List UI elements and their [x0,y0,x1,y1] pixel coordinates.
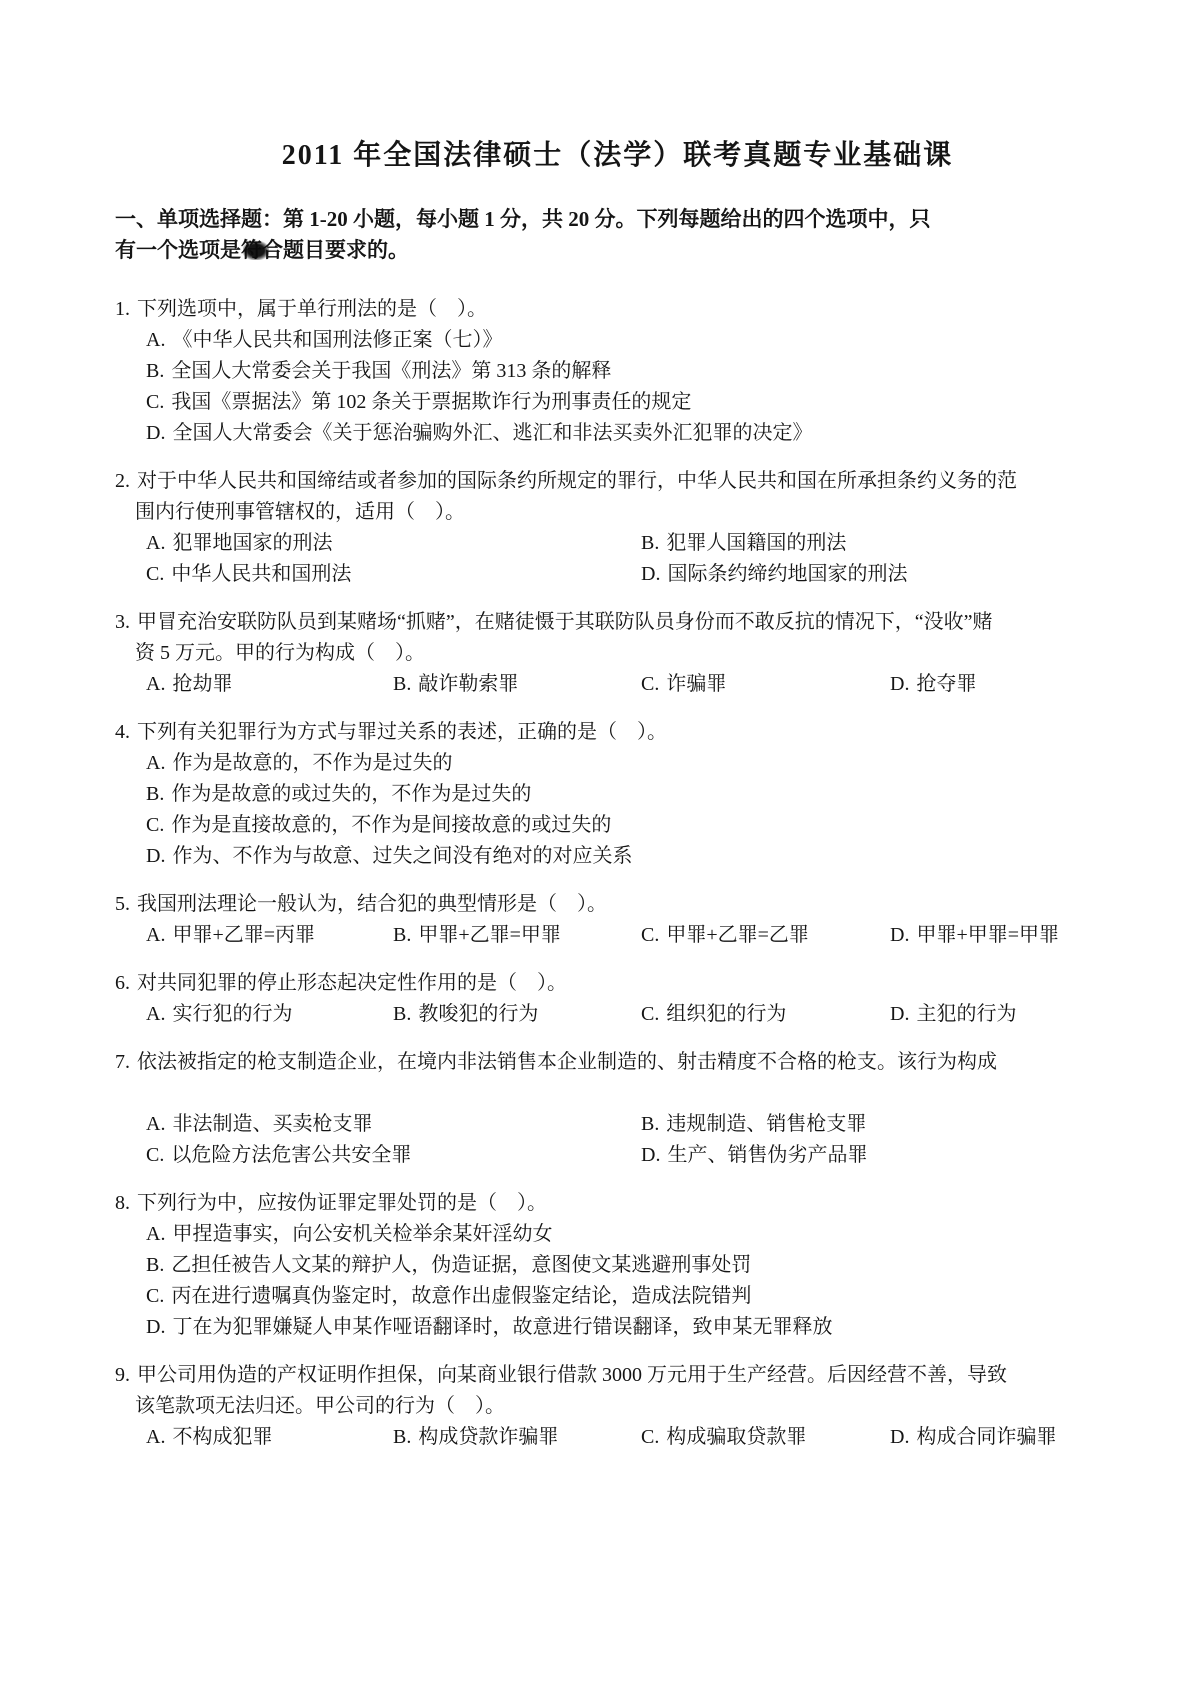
option-c: C.构成骗取贷款罪 [641,1422,890,1453]
question-text-continued: 资 5 万元。甲的行为构成（ ）。 [115,638,1120,669]
question-stem: 甲冒充治安联防队员到某赌场“抓赌”，在赌徒慑于其联防队员身份而不敢反抗的情况下，… [137,611,993,633]
question-text: 3.甲冒充治安联防队员到某赌场“抓赌”，在赌徒慑于其联防队员身份而不敢反抗的情况… [115,607,1120,638]
question-stem: 下列行为中，应按伪证罪定罪处罚的是（ ）。 [137,1192,547,1214]
question-text: 1.下列选项中，属于单行刑法的是（ ）。 [115,294,1120,325]
option-b: B.构成贷款诈骗罪 [393,1422,641,1453]
options-list: A.实行犯的行为 B.教唆犯的行为 C.组织犯的行为 D.主犯的行为 [146,999,1120,1030]
question-9: 9.甲公司用伪造的产权证明作担保，向某商业银行借款 3000 万元用于生产经营。… [115,1360,1120,1453]
option-text: 作为是故意的，不作为是过失的 [172,752,452,774]
option-text: 乙担任被告人文某的辩护人，伪造证据，意图使文某逃避刑事处罚 [171,1254,751,1276]
option-text: 生产、销售伪劣产品罪 [667,1144,867,1166]
option-c: C.中华人民共和国刑法 [146,559,641,590]
option-text: 构成合同诈骗罪 [916,1426,1056,1448]
options-list: A.犯罪地国家的刑法 B.犯罪人国籍国的刑法 C.中华人民共和国刑法 D.国际条… [146,528,1120,590]
option-text: 构成贷款诈骗罪 [418,1426,558,1448]
question-text: 9.甲公司用伪造的产权证明作担保，向某商业银行借款 3000 万元用于生产经营。… [115,1360,1120,1391]
option-b: B.犯罪人国籍国的刑法 [641,528,1120,559]
option-text: 以危险方法危害公共安全罪 [171,1144,411,1166]
option-label: C. [146,563,164,585]
option-d: D.抢夺罪 [890,669,1120,700]
option-label: D. [890,1426,909,1448]
option-text: 甲罪+乙罪=丙罪 [172,924,315,946]
option-label: A. [146,1003,165,1025]
option-d: D.甲罪+甲罪=甲罪 [890,920,1120,951]
option-text: 实行犯的行为 [172,1003,292,1025]
option-label: C. [641,1003,659,1025]
options-list: A.抢劫罪 B.敲诈勒索罪 C.诈骗罪 D.抢夺罪 [146,669,1120,700]
option-a: A.作为是故意的，不作为是过失的 [146,748,1120,779]
option-text: 教唆犯的行为 [418,1003,538,1025]
option-a: A.《中华人民共和国刑法修正案（七）》 [146,325,1120,356]
question-text: 7.依法被指定的枪支制造企业，在境内非法销售本企业制造的、射击精度不合格的枪支。… [115,1047,1120,1078]
option-b: B.敲诈勒索罪 [393,669,641,700]
option-label: A. [146,1426,165,1448]
option-text: 甲罪+乙罪=乙罪 [666,924,809,946]
option-label: D. [146,422,165,444]
option-text: 作为是故意的或过失的，不作为是过失的 [171,783,531,805]
question-number: 9. [115,1364,130,1386]
option-a: A.不构成犯罪 [146,1422,393,1453]
option-text: 作为是直接故意的，不作为是间接故意的或过失的 [171,814,611,836]
question-text: 2.对于中华人民共和国缔结或者参加的国际条约所规定的罪行，中华人民共和国在所承担… [115,466,1120,497]
option-c: C.作为是直接故意的，不作为是间接故意的或过失的 [146,810,1120,841]
options-list: A.甲罪+乙罪=丙罪 B.甲罪+乙罪=甲罪 C.甲罪+乙罪=乙罪 D.甲罪+甲罪… [146,920,1120,951]
option-label: A. [146,924,165,946]
option-label: B. [393,673,411,695]
question-text: 4.下列有关犯罪行为方式与罪过关系的表述，正确的是（ ）。 [115,717,1120,748]
question-number: 6. [115,972,130,994]
question-stem: 对共同犯罪的停止形态起决定性作用的是（ ）。 [137,972,567,994]
option-label: C. [146,1144,164,1166]
option-a: A.犯罪地国家的刑法 [146,528,641,559]
question-number: 3. [115,611,130,633]
option-c: C.我国《票据法》第 102 条关于票据欺诈行为刑事责任的规定 [146,387,1120,418]
option-text: 不构成犯罪 [172,1426,272,1448]
option-text: 违规制造、销售枪支罪 [666,1113,866,1135]
question-text-continued: 围内行使刑事管辖权的，适用（ ）。 [115,497,1120,528]
option-label: C. [641,1426,659,1448]
option-d: D.生产、销售伪劣产品罪 [641,1140,1120,1171]
option-text: 丁在为犯罪嫌疑人申某作哑语翻译时，故意进行错误翻译，致申某无罪释放 [172,1316,832,1338]
question-number: 2. [115,470,130,492]
option-label: B. [641,1113,659,1135]
option-d: D.全国人大常委会《关于惩治骗购外汇、逃汇和非法买卖外汇犯罪的决定》 [146,418,1120,449]
question-stem: 下列选项中，属于单行刑法的是（ ）。 [137,298,487,320]
option-b: B.全国人大常委会关于我国《刑法》第 313 条的解释 [146,356,1120,387]
option-b: B.作为是故意的或过失的，不作为是过失的 [146,779,1120,810]
option-text: 构成骗取贷款罪 [666,1426,806,1448]
option-label: C. [146,391,164,413]
options-list: A.作为是故意的，不作为是过失的 B.作为是故意的或过失的，不作为是过失的 C.… [146,748,1120,872]
option-text: 犯罪人国籍国的刑法 [666,532,846,554]
option-b: B.违规制造、销售枪支罪 [641,1109,1120,1140]
option-label: B. [393,924,411,946]
question-1: 1.下列选项中，属于单行刑法的是（ ）。 A.《中华人民共和国刑法修正案（七）》… [115,294,1120,449]
question-text: 5.我国刑法理论一般认为，结合犯的典型情形是（ ）。 [115,889,1120,920]
option-d: D.构成合同诈骗罪 [890,1422,1120,1453]
exam-page: 2011 年全国法律硕士（法学）联考真题专业基础课 一、单项选择题：第 1-20… [0,138,1190,1453]
option-a: A.实行犯的行为 [146,999,393,1030]
option-d: D.丁在为犯罪嫌疑人申某作哑语翻译时，故意进行错误翻译，致申某无罪释放 [146,1312,1120,1343]
page-title: 2011 年全国法律硕士（法学）联考真题专业基础课 [115,138,1120,174]
option-text: 丙在进行遗嘱真伪鉴定时，故意作出虚假鉴定结论，造成法院错判 [171,1285,751,1307]
option-text: 甲罪+乙罪=甲罪 [418,924,561,946]
question-stem: 对于中华人民共和国缔结或者参加的国际条约所规定的罪行，中华人民共和国在所承担条约… [137,470,1017,492]
option-label: A. [146,1113,165,1135]
option-text: 抢劫罪 [172,673,232,695]
question-number: 1. [115,298,130,320]
options-list: A.不构成犯罪 B.构成贷款诈骗罪 C.构成骗取贷款罪 D.构成合同诈骗罪 [146,1422,1120,1453]
option-a: A.甲捏造事实，向公安机关检举余某奸淫幼女 [146,1219,1120,1250]
option-text: 《中华人民共和国刑法修正案（七）》 [172,329,502,351]
option-label: C. [641,924,659,946]
option-label: B. [146,1254,164,1276]
option-a: A.非法制造、买卖枪支罪 [146,1109,641,1140]
option-label: B. [393,1003,411,1025]
question-number: 4. [115,721,130,743]
option-c: C.以危险方法危害公共安全罪 [146,1140,641,1171]
option-d: D.主犯的行为 [890,999,1120,1030]
option-label: A. [146,532,165,554]
option-text: 主犯的行为 [916,1003,1016,1025]
option-label: D. [890,1003,909,1025]
question-7: 7.依法被指定的枪支制造企业，在境内非法销售本企业制造的、射击精度不合格的枪支。… [115,1047,1120,1171]
option-label: A. [146,329,165,351]
question-4: 4.下列有关犯罪行为方式与罪过关系的表述，正确的是（ ）。 A.作为是故意的，不… [115,717,1120,872]
option-d: D.国际条约缔约地国家的刑法 [641,559,1120,590]
option-c: C.组织犯的行为 [641,999,890,1030]
question-number: 8. [115,1192,130,1214]
option-a: A.抢劫罪 [146,669,393,700]
question-5: 5.我国刑法理论一般认为，结合犯的典型情形是（ ）。 A.甲罪+乙罪=丙罪 B.… [115,889,1120,951]
section-heading: 一、单项选择题：第 1-20 小题，每小题 1 分，共 20 分。下列每题给出的… [115,204,1120,266]
option-label: D. [890,924,909,946]
option-label: B. [641,532,659,554]
option-b: B.甲罪+乙罪=甲罪 [393,920,641,951]
options-list: A.《中华人民共和国刑法修正案（七）》 B.全国人大常委会关于我国《刑法》第 3… [146,325,1120,449]
option-text: 非法制造、买卖枪支罪 [172,1113,372,1135]
question-text: 8.下列行为中，应按伪证罪定罪处罚的是（ ）。 [115,1188,1120,1219]
question-2: 2.对于中华人民共和国缔结或者参加的国际条约所规定的罪行，中华人民共和国在所承担… [115,466,1120,590]
option-label: D. [890,673,909,695]
options-list: A.非法制造、买卖枪支罪 B.违规制造、销售枪支罪 C.以危险方法危害公共安全罪… [146,1109,1120,1171]
option-label: C. [146,1285,164,1307]
question-number: 5. [115,893,130,915]
option-text: 全国人大常委会《关于惩治骗购外汇、逃汇和非法买卖外汇犯罪的决定》 [172,422,812,444]
option-label: D. [146,845,165,867]
option-text: 抢夺罪 [916,673,976,695]
option-b: B.乙担任被告人文某的辩护人，伪造证据，意图使文某逃避刑事处罚 [146,1250,1120,1281]
option-text: 甲捏造事实，向公安机关检举余某奸淫幼女 [172,1223,552,1245]
option-label: C. [146,814,164,836]
option-text: 作为、不作为与故意、过失之间没有绝对的对应关系 [172,845,632,867]
option-b: B.教唆犯的行为 [393,999,641,1030]
option-label: A. [146,673,165,695]
option-text: 中华人民共和国刑法 [171,563,351,585]
option-c: C.诈骗罪 [641,669,890,700]
section-heading-line: 有一个选项是符合题目要求的。 [115,235,1120,266]
option-c: C.丙在进行遗嘱真伪鉴定时，故意作出虚假鉴定结论，造成法院错判 [146,1281,1120,1312]
option-text: 国际条约缔约地国家的刑法 [667,563,907,585]
question-3: 3.甲冒充治安联防队员到某赌场“抓赌”，在赌徒慑于其联防队员身份而不敢反抗的情况… [115,607,1120,700]
option-label: D. [146,1316,165,1338]
option-label: C. [641,673,659,695]
question-6: 6.对共同犯罪的停止形态起决定性作用的是（ ）。 A.实行犯的行为 B.教唆犯的… [115,968,1120,1030]
option-label: A. [146,1223,165,1245]
options-list: A.甲捏造事实，向公安机关检举余某奸淫幼女 B.乙担任被告人文某的辩护人，伪造证… [146,1219,1120,1343]
option-text: 犯罪地国家的刑法 [172,532,332,554]
question-number: 7. [115,1051,130,1073]
question-stem: 我国刑法理论一般认为，结合犯的典型情形是（ ）。 [137,893,607,915]
question-text: 6.对共同犯罪的停止形态起决定性作用的是（ ）。 [115,968,1120,999]
option-text: 组织犯的行为 [666,1003,786,1025]
option-d: D.作为、不作为与故意、过失之间没有绝对的对应关系 [146,841,1120,872]
option-a: A.甲罪+乙罪=丙罪 [146,920,393,951]
option-label: B. [146,360,164,382]
question-stem: 下列有关犯罪行为方式与罪过关系的表述，正确的是（ ）。 [137,721,667,743]
option-label: D. [641,563,660,585]
option-text: 诈骗罪 [666,673,726,695]
option-text: 我国《票据法》第 102 条关于票据欺诈行为刑事责任的规定 [171,391,691,413]
question-stem: 甲公司用伪造的产权证明作担保，向某商业银行借款 3000 万元用于生产经营。后因… [137,1364,1007,1386]
option-text: 全国人大常委会关于我国《刑法》第 313 条的解释 [171,360,611,382]
option-label: B. [146,783,164,805]
question-text-continued: 该笔款项无法归还。甲公司的行为（ ）。 [115,1391,1120,1422]
option-label: D. [641,1144,660,1166]
question-stem: 依法被指定的枪支制造企业，在境内非法销售本企业制造的、射击精度不合格的枪支。该行… [137,1051,997,1073]
question-8: 8.下列行为中，应按伪证罪定罪处罚的是（ ）。 A.甲捏造事实，向公安机关检举余… [115,1188,1120,1343]
option-text: 敲诈勒索罪 [418,673,518,695]
section-heading-line: 一、单项选择题：第 1-20 小题，每小题 1 分，共 20 分。下列每题给出的… [115,204,1120,235]
option-c: C.甲罪+乙罪=乙罪 [641,920,890,951]
option-label: A. [146,752,165,774]
option-text: 甲罪+甲罪=甲罪 [916,924,1059,946]
option-label: B. [393,1426,411,1448]
